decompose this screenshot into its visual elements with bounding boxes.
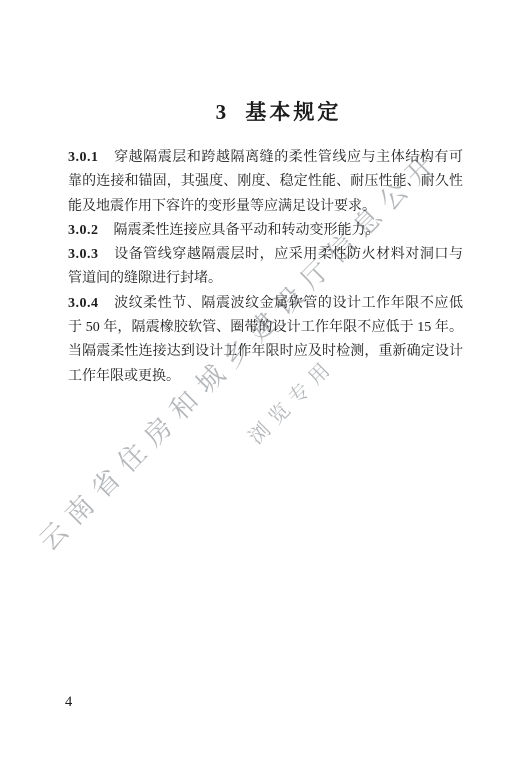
clause-3-0-1: 3.0.1穿越隔震层和跨越隔离缝的柔性管线应与主体结构有可靠的连接和锚固，其强度… bbox=[68, 146, 463, 219]
clause-text: 隔震柔性连接应具备平动和转动变形能力。 bbox=[114, 223, 380, 238]
chapter-number: 3 bbox=[216, 100, 227, 124]
clause-text: 设备管线穿越隔震层时，应采用柔性防火材料对洞口与管道间的缝隙进行封堵。 bbox=[68, 247, 463, 286]
clause-3-0-4: 3.0.4波纹柔性节、隔震波纹金属软管的设计工作年限不应低于 50 年，隔震橡胶… bbox=[68, 292, 463, 389]
chapter-title-text: 基本规定 bbox=[245, 100, 341, 124]
clause-3-0-3: 3.0.3设备管线穿越隔震层时，应采用柔性防火材料对洞口与管道间的缝隙进行封堵。 bbox=[68, 243, 463, 292]
clause-3-0-2: 3.0.2隔震柔性连接应具备平动和转动变形能力。 bbox=[68, 219, 463, 243]
clause-number: 3.0.2 bbox=[68, 223, 99, 238]
clause-number: 3.0.3 bbox=[68, 247, 99, 262]
chapter-title: 3 基本规定 bbox=[14, 96, 529, 126]
clause-number: 3.0.1 bbox=[68, 150, 99, 165]
document-page: 云南省住房和城乡建设厅信息公开 浏览专用 3 基本规定 3.0.1穿越隔震层和跨… bbox=[0, 0, 529, 767]
clause-text: 波纹柔性节、隔震波纹金属软管的设计工作年限不应低于 50 年，隔震橡胶软管、圈带… bbox=[68, 296, 463, 384]
clause-number: 3.0.4 bbox=[68, 296, 99, 311]
clause-text: 穿越隔震层和跨越隔离缝的柔性管线应与主体结构有可靠的连接和锚固，其强度、刚度、稳… bbox=[68, 150, 463, 214]
page-number: 4 bbox=[65, 694, 72, 711]
document-body: 3.0.1穿越隔震层和跨越隔离缝的柔性管线应与主体结构有可靠的连接和锚固，其强度… bbox=[68, 146, 463, 389]
